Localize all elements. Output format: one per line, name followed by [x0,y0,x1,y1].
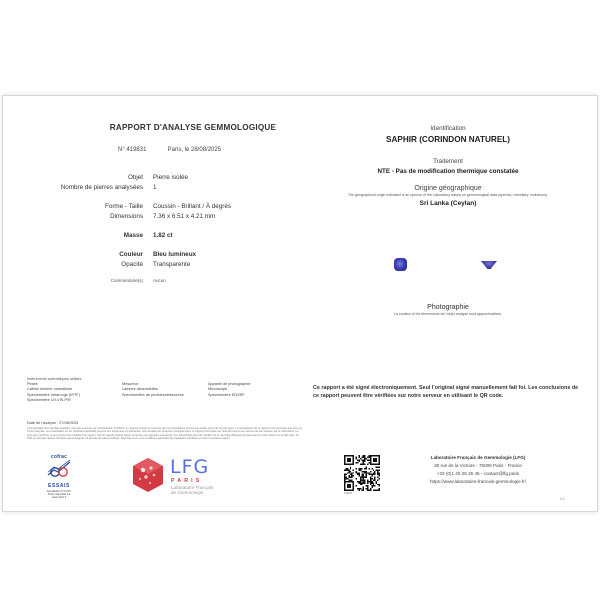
lab-website-link[interactable]: https://www.laboratoire-francais-gemmolo… [398,478,558,486]
field-dimensions: Dimensions 7.36 x 6.51 x 4.21 mm [3,213,215,220]
cofrac-logo-bottom: ESSAIS [46,483,72,489]
field-forme-taille: Forme - Taille Coussin - Brillant / À de… [3,203,231,210]
lfg-logo-city: PARIS [171,478,202,484]
instrument-item: Spectromètre UV-VIS-PIR [27,398,122,403]
report-title: RAPPORT D'ANALYSE GEMMOLOGIQUE [83,123,303,132]
field-value: 1 [153,184,157,191]
instrument-item: Spectromètre de photoluminescence [122,393,208,398]
signature-note: Ce rapport a été signé électroniquement.… [313,384,583,400]
identification-value: SAPHIR (CORINDON NATUREL) [333,135,563,144]
photo-label: Photographie [333,304,563,311]
origin-value: Sri Lanka (Ceylan) [333,200,563,207]
gem-photo-side-view [481,261,497,269]
analysis-date: Date de l'analyse : 27/08/2025 [27,421,78,425]
lfg-hexagon-gem-icon [130,456,166,494]
report-number: N° 419831 [118,147,166,153]
lab-address: 30 rue de la Victoire - 75009 Paris - Fr… [398,462,558,470]
lab-contact-block: Laboratoire Français de Gemmologie (LFG)… [398,454,558,486]
cofrac-emblem-icon [46,460,72,478]
report-page: RAPPORT D'ANALYSE GEMMOLOGIQUE N° 419831… [2,95,598,512]
cofrac-logo: cofrac ESSAIS Accréditation N°1-1877 Por… [46,454,72,499]
gem-photo-top-view [394,258,407,271]
treatment-value: NTE - Pas de modification thermique cons… [333,168,563,175]
field-value: 1.82 ct [153,232,173,239]
instruments-column-3: Appareil de photographie Microscope Spec… [208,382,288,403]
report-meta: N° 419831 Paris, le 28/08/2025 [118,147,221,153]
field-label: Commentaire(s) [3,278,153,283]
field-opacite: Opacité Transparente [3,261,190,268]
origin-block: Origine géographique The geographical or… [333,185,563,207]
treatment-label: Traitement [333,158,563,165]
field-value: Aucun [153,278,166,283]
field-couleur: Couleur Bleu lumineux [3,251,196,258]
qr-caption: 419831 [344,492,352,495]
instrument-item: Spectromètre EDXRF [208,393,288,398]
legal-disclaimer: L'interprétation des résultats (partiels… [27,427,302,440]
origin-note: The geographical origin indicated is an … [333,193,563,198]
field-objet: Objet Pierre isolée [3,174,188,181]
photo-note: La couleur et les dimensions de l'objet … [333,312,563,317]
identification-label: Identification [333,125,563,132]
field-label: Dimensions [3,213,153,220]
cofrac-accreditation: Accréditation N°1-1877 Portée disponible… [46,490,72,499]
field-label: Masse [3,232,153,239]
instruments-column-1: Pesée Cabine lumière normalisée Spectrom… [27,382,122,403]
lfg-logo-subtitle: Laboratoire Français de Gemmologie [171,485,213,495]
field-value: Coussin - Brillant / À degrés [153,203,231,210]
field-commentaires: Commentaire(s) Aucun [3,278,166,283]
field-masse: Masse 1.82 ct [3,232,173,239]
photo-block: Photographie La couleur et les dimension… [333,304,563,317]
page-number: 1/1 [560,497,565,501]
lab-contact[interactable]: +33 (0)1 40 26 25 45 - contact@lfg.paris [398,470,558,478]
lfg-logo: LFG PARIS Laboratoire Français de Gemmol… [130,456,230,498]
field-value: Pierre isolée [153,174,188,181]
field-nombre-pierres: Nombre de pierres analysées 1 [3,184,157,191]
field-label: Forme - Taille [3,203,153,210]
lfg-subtitle-line: de Gemmologie [171,490,213,495]
field-label: Couleur [3,251,153,258]
lfg-logo-letters: LFG [170,456,209,478]
report-place-date: Paris, le 28/08/2025 [168,147,221,153]
lab-name: Laboratoire Français de Gemmologie (LFG) [398,454,558,462]
field-value: Transparente [153,261,190,268]
field-value: 7.36 x 6.51 x 4.21 mm [153,213,215,220]
field-label: Objet [3,174,153,181]
treatment-block: Traitement NTE - Pas de modification the… [333,158,563,175]
instruments-block: Instruments scientifiques utilisés Pesée… [27,377,288,403]
field-value: Bleu lumineux [153,251,196,258]
field-label: Opacité [3,261,153,268]
verification-qr-code[interactable] [344,455,380,491]
instruments-column-2: Mesureur Lampes ultraviolettes Spectromè… [122,382,208,403]
identification-block: Identification SAPHIR (CORINDON NATUREL) [333,125,563,144]
origin-label: Origine géographique [333,185,563,192]
field-label: Nombre de pierres analysées [3,184,153,191]
